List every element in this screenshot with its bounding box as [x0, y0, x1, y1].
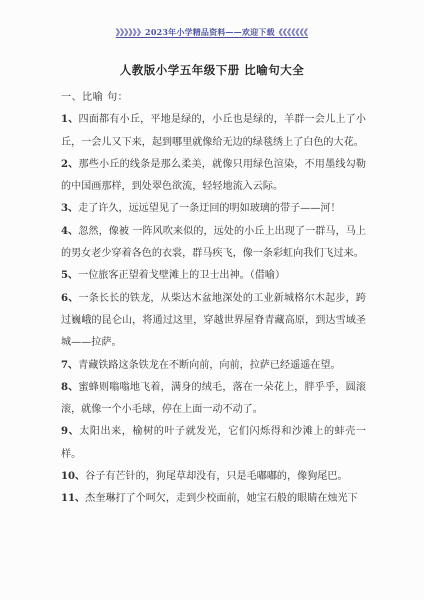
item-text: 四面都有小丘，平地是绿的，小丘也是绿的，羊群一会儿上了小丘，一会儿又下来，起到哪… — [61, 114, 366, 147]
item-number: 4、 — [61, 226, 78, 237]
item-text: 谷子有芒针的，狗尾草却没有，只是毛嘟嘟的，像狗尾巴。 — [85, 471, 347, 482]
simile-item: 4、忽然，像被 一阵风吹来似的，远处的小丘上出现了一群马，马上的男女老少穿着各色… — [61, 221, 366, 266]
document-body: 一、比喻 句： 1、四面都有小丘，平地是绿的，小丘也是绿的，羊群一会儿上了小丘，… — [61, 87, 366, 511]
simile-item: 2、那些小丘的线条是那么柔美，就像只用绿色渲染，不用墨线勾勒的中国画那样，到处翠… — [61, 154, 366, 199]
item-text: 太阳出来，榆树的叶子就发光，它们闪烁得和沙滩上的蚌壳一样。 — [61, 426, 366, 459]
simile-item: 11、杰奎琳打了个呵欠，走到少校面前，她宝石般的眼睛在烛光下 — [61, 488, 366, 510]
simile-item: 1、四面都有小丘，平地是绿的，小丘也是绿的，羊群一会儿上了小丘，一会儿又下来，起… — [61, 109, 366, 154]
item-text: 青藏铁路这条铁龙在不断向前，向前，拉萨已经遥遥在望。 — [78, 360, 340, 371]
item-number: 7、 — [61, 360, 78, 371]
simile-item: 8、蜜蜂则嗡嗡地飞着，满身的绒毛，落在一朵花上，胖乎乎，圆滚滚，就像一个小毛球，… — [61, 377, 366, 422]
item-number: 3、 — [61, 203, 78, 214]
simile-item: 9、太阳出来，榆树的叶子就发光，它们闪烁得和沙滩上的蚌壳一样。 — [61, 421, 366, 466]
simile-item: 10、谷子有芒针的，狗尾草却没有，只是毛嘟嘟的，像狗尾巴。 — [61, 466, 366, 488]
item-number: 1、 — [61, 114, 78, 125]
item-text: 那些小丘的线条是那么柔美，就像只用绿色渲染，不用墨线勾勒的中国画那样，到处翠色欲… — [61, 159, 366, 192]
item-number: 2、 — [61, 159, 78, 170]
page-title: 人教版小学五年级下册 比喻句大全 — [0, 62, 424, 78]
simile-item: 5、一位旅客正望着戈壁滩上的卫士出神。（借喻） — [61, 265, 366, 287]
item-text: 忽然，像被 一阵风吹来似的，远处的小丘上出现了一群马，马上的男女老少穿着各色的衣… — [61, 226, 366, 259]
item-number: 11、 — [61, 493, 85, 504]
item-number: 9、 — [61, 426, 79, 437]
simile-item: 7、青藏铁路这条铁龙在不断向前，向前，拉萨已经遥遥在望。 — [61, 355, 366, 377]
promo-header-text: 》》》》》》2023年小学精品资料——欢迎下载《《《《《《《 — [116, 27, 308, 37]
item-text: 蜜蜂则嗡嗡地飞着，满身的绒毛，落在一朵花上，胖乎乎，圆滚滚，就像一个小毛球，停在… — [61, 382, 366, 415]
item-number: 6、 — [61, 293, 78, 304]
item-number: 8、 — [61, 382, 78, 393]
document-page: 》》》》》》2023年小学精品资料——欢迎下载《《《《《《《 人教版小学五年级下… — [0, 0, 424, 600]
item-text: 一条长长的铁龙，从柴达木盆地深处的工业新城格尔木起步，跨过巍峨的昆仑山，将通过这… — [61, 293, 366, 349]
item-number: 10、 — [61, 471, 85, 482]
promo-header: 》》》》》》2023年小学精品资料——欢迎下载《《《《《《《 — [0, 0, 424, 39]
section-heading: 一、比喻 句： — [61, 87, 366, 109]
simile-item: 3、走了许久，远远望见了一条迂回的明如玻璃的带子——河！ — [61, 198, 366, 220]
item-text: 杰奎琳打了个呵欠，走到少校面前，她宝石般的眼睛在烛光下 — [85, 493, 358, 504]
item-number: 5、 — [61, 270, 78, 281]
simile-item: 6、一条长长的铁龙，从柴达木盆地深处的工业新城格尔木起步，跨过巍峨的昆仑山，将通… — [61, 288, 366, 355]
item-text: 一位旅客正望着戈壁滩上的卫士出神。（借喻） — [78, 270, 285, 281]
item-text: 走了许久，远远望见了一条迂回的明如玻璃的带子——河！ — [78, 203, 340, 214]
items-list: 1、四面都有小丘，平地是绿的，小丘也是绿的，羊群一会儿上了小丘，一会儿又下来，起… — [61, 109, 366, 510]
